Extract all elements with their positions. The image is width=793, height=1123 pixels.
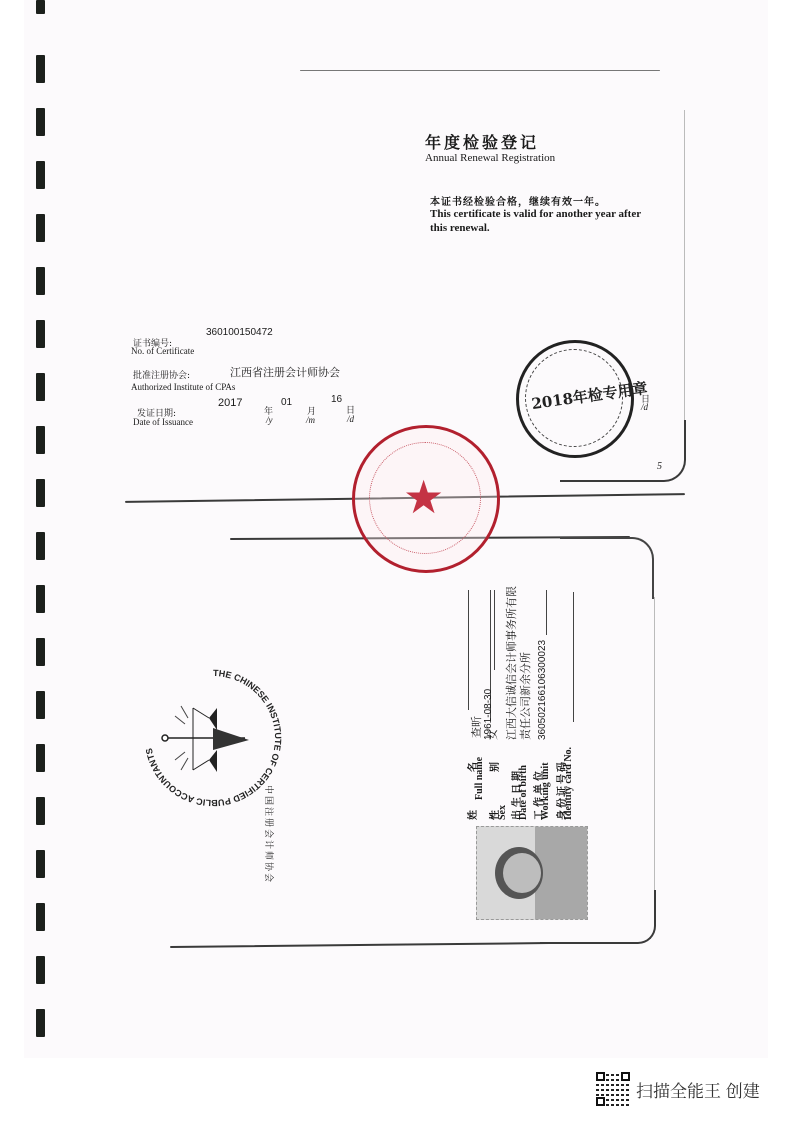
renewal-title-zh: 年度检验登记	[425, 130, 539, 153]
identity-underline	[573, 592, 574, 722]
name-underline	[468, 590, 469, 710]
binding-hole	[36, 585, 45, 613]
binding-hole	[36, 55, 45, 83]
binding-hole	[36, 108, 45, 136]
day-unit-en: /d	[347, 414, 354, 424]
binding-hole	[36, 797, 45, 825]
dob-underline	[494, 590, 495, 670]
institute-name: 江西省注册会计师协会	[230, 364, 340, 380]
card-right-edge	[684, 110, 685, 465]
issue-month: 01	[281, 397, 292, 408]
binding-hole	[36, 1009, 45, 1037]
id-underline	[546, 590, 547, 635]
id-value-text: 360502166106300023	[537, 640, 548, 740]
name-value: 查昕	[468, 716, 484, 738]
dob-label-en: Date of birth	[518, 765, 529, 820]
issue-year: 2017	[218, 397, 242, 409]
renewal-title-en: Annual Renewal Registration	[425, 152, 555, 164]
emblem-chinese-text: 中国注册会计师协会	[263, 785, 276, 884]
renewal-note-zh: 本证书经检验合格，继续有效一年。	[430, 193, 606, 208]
official-red-seal: ★	[352, 425, 500, 573]
unit-label-en: Working unit	[540, 762, 551, 820]
card-top-corner	[560, 537, 654, 599]
certificate-number-label-en: No. of Certificate	[131, 346, 194, 356]
month-unit-en: /m	[306, 415, 315, 425]
binding-hole	[36, 638, 45, 666]
institute-label-en: Authorized Institute of CPAs	[131, 382, 235, 392]
renewal-note-en-2: this renewal.	[430, 222, 490, 234]
issue-day: 16	[331, 394, 342, 405]
annual-check-seal: 2018年检专用章	[516, 340, 634, 458]
institute-label-zh: 批准注册协会:	[133, 368, 190, 381]
binding-hole	[36, 267, 45, 295]
dob-value: 1961-08-30	[483, 689, 494, 740]
binding-hole	[36, 0, 45, 14]
card-right-edge-bottom	[654, 597, 655, 897]
id-label-en: Identity card No.	[563, 747, 574, 820]
year-unit-en: /y	[266, 415, 273, 425]
seal-day-label-en: /d	[641, 402, 648, 412]
binding-hole	[36, 691, 45, 719]
card-top-edge	[300, 70, 660, 71]
binding-hole	[36, 903, 45, 931]
star-icon: ★	[403, 470, 444, 524]
binding-hole	[36, 320, 45, 348]
holder-photo	[476, 826, 588, 920]
sex-label-en: Sex	[497, 805, 508, 820]
name-label-en: Full name	[474, 757, 485, 800]
binding-hole	[36, 373, 45, 401]
binding-hole	[36, 161, 45, 189]
issue-date-label-en: Date of Issuance	[133, 417, 193, 427]
binding-hole	[36, 744, 45, 772]
binding-hole	[36, 426, 45, 454]
binding-hole	[36, 479, 45, 507]
renewal-note-en-1: This certificate is valid for another ye…	[430, 208, 641, 220]
binding-hole	[36, 850, 45, 878]
binding-hole	[36, 956, 45, 984]
binding-hole	[36, 214, 45, 242]
binding-hole	[36, 532, 45, 560]
page-number: 5	[657, 461, 662, 472]
unit-value-2: 责任公司新余分所	[517, 652, 533, 740]
certificate-number: 360100150472	[206, 327, 273, 338]
scanner-watermark: 扫描全能王 创建	[596, 1072, 760, 1106]
qr-code-icon	[596, 1072, 630, 1106]
watermark-text: 扫描全能王 创建	[636, 1077, 760, 1102]
